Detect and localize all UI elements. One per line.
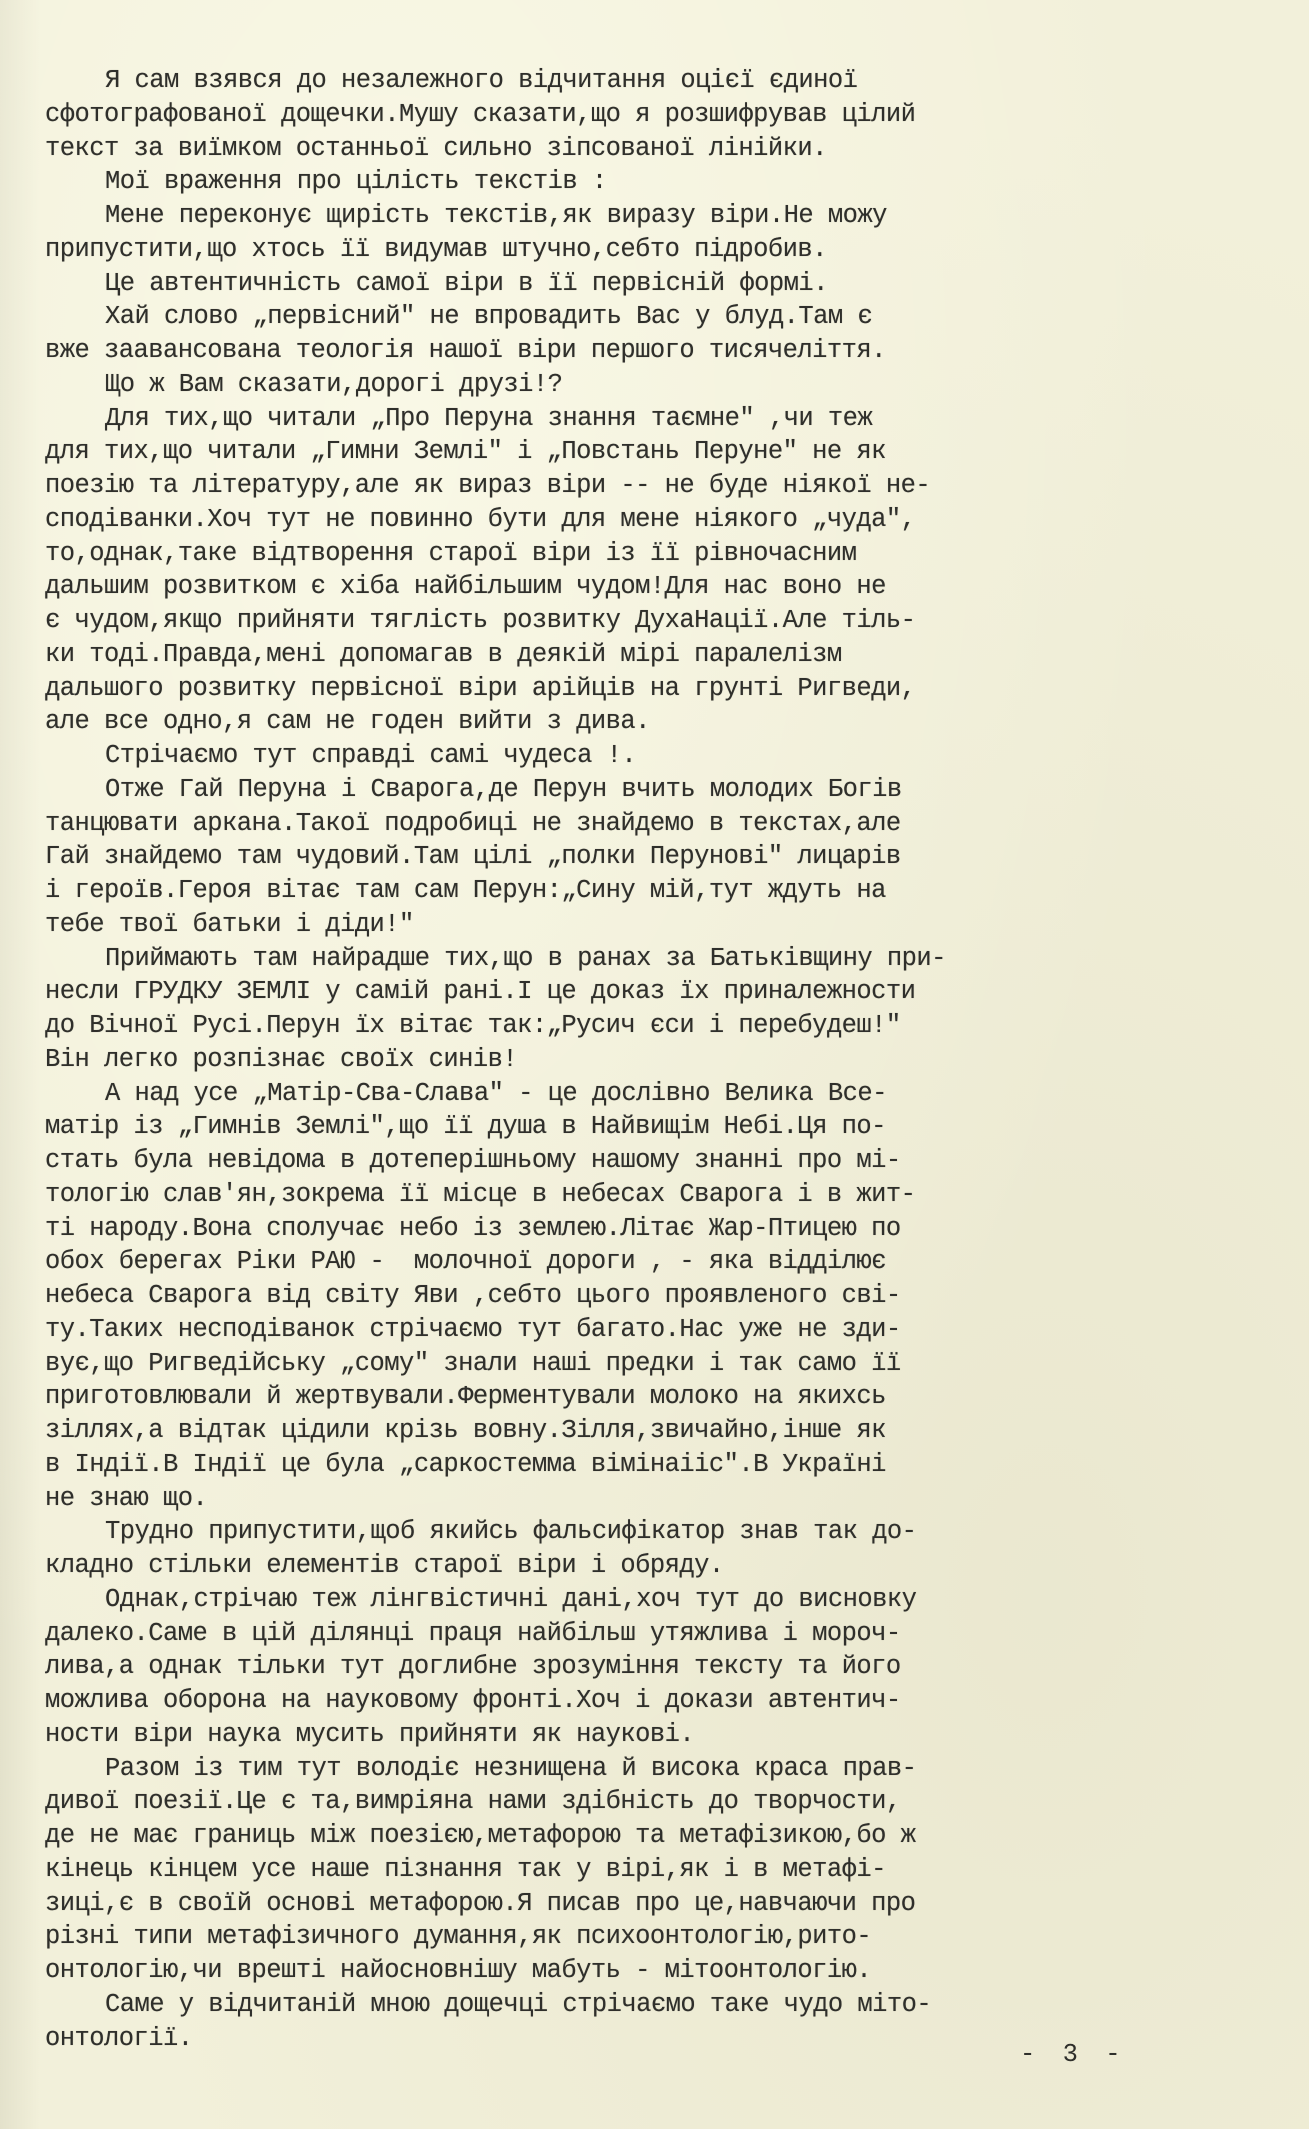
paragraph-first-line: Приймають там найрадше тих,що в ранах за… xyxy=(45,942,1275,976)
text-line: припустити,що хтось її видумав штучно,се… xyxy=(45,233,1275,267)
text-line: ті народу.Вона сполучає небо із землею.Л… xyxy=(45,1212,1275,1246)
text-line: але все одно,я сам не годен вийти з дива… xyxy=(45,705,1275,739)
text-line: зиці,є в своїй основі метафорою.Я писав … xyxy=(45,1887,1275,1921)
paragraph-first-line: Саме у відчитаній мною дощечці стрічаємо… xyxy=(45,1988,1275,2022)
paragraph-first-line: Що ж Вам сказати,дорогі друзі!? xyxy=(45,368,1275,402)
text-line: танцювати аркана.Такої подробиці не знай… xyxy=(45,807,1275,841)
text-line: дальшого розвитку первісної віри арійців… xyxy=(45,672,1275,706)
paragraph-first-line: Я сам взявся до незалежного відчитання о… xyxy=(45,64,1275,98)
text-line: де не має границь між поезією,метафорою … xyxy=(45,1819,1275,1853)
text-line: дальшим розвитком є хіба найбільшим чудо… xyxy=(45,570,1275,604)
text-line: то,однак,таке відтворення старої віри із… xyxy=(45,537,1275,571)
paragraph-first-line: Стрічаємо тут справді самі чудеса !. xyxy=(45,739,1275,773)
text-line: онтологію,чи врешті найосновнішу мабуть … xyxy=(45,1954,1275,1988)
text-line: небеса Сварога від світу Яви ,себто цьог… xyxy=(45,1279,1275,1313)
paragraph-first-line: Отже Гай Перуна і Сварога,де Перун вчить… xyxy=(45,773,1275,807)
text-line: вує,що Ригведійську „сому" знали наші пр… xyxy=(45,1347,1275,1381)
text-line: можлива оборона на науковому фронті.Хоч … xyxy=(45,1684,1275,1718)
text-line: далеко.Саме в цій ділянці праця найбільш… xyxy=(45,1617,1275,1651)
text-line: тебе твої батьки і діди!" xyxy=(45,908,1275,942)
text-line: текст за виїмком останньої сильно зіпсов… xyxy=(45,132,1275,166)
paragraph-first-line: Разом із тим тут володіє незнищена й вис… xyxy=(45,1752,1275,1786)
paragraph-first-line: Трудно припустити,щоб якийсь фальсифікат… xyxy=(45,1515,1275,1549)
text-line: і героїв.Героя вітає там сам Перун:„Сину… xyxy=(45,874,1275,908)
text-line: до Вічної Русі.Перун їх вітає так:„Русич… xyxy=(45,1009,1275,1043)
text-line: матір із „Гимнів Землі",що її душа в Най… xyxy=(45,1110,1275,1144)
text-line: кінець кінцем усе наше пізнання так у ві… xyxy=(45,1853,1275,1887)
text-line: Він легко розпізнає своїх синів! xyxy=(45,1043,1275,1077)
paragraph-first-line: Мене переконує щирість текстів,як виразу… xyxy=(45,199,1275,233)
text-line: приготовлювали й жертвували.Ферментували… xyxy=(45,1380,1275,1414)
text-line: ки тоді.Правда,мені допомагав в деякій м… xyxy=(45,638,1275,672)
text-line: вже заавансована теологія нашої віри пер… xyxy=(45,334,1275,368)
text-line: є чудом,якщо прийняти тяглість розвитку … xyxy=(45,604,1275,638)
text-line: Гай знайдемо там чудовий.Там цілі „полки… xyxy=(45,840,1275,874)
text-line: сподіванки.Хоч тут не повинно бути для м… xyxy=(45,503,1275,537)
paragraph-first-line: А над усе „Матір-Сва-Слава" - це дослівн… xyxy=(45,1077,1275,1111)
text-line: ности віри наука мусить прийняти як наук… xyxy=(45,1718,1275,1752)
typewritten-text-body: Я сам взявся до незалежного відчитання о… xyxy=(45,64,1275,2055)
paragraph-first-line: Хай слово „первісний" не впровадить Вас … xyxy=(45,300,1275,334)
text-line: зіллях,а відтак цідили крізь вовну.Зілля… xyxy=(45,1414,1275,1448)
paragraph-first-line: Однак,стрічаю теж лінгвістичні дані,хоч … xyxy=(45,1583,1275,1617)
text-line: для тих,що читали „Гимни Землі" і „Повст… xyxy=(45,435,1275,469)
text-line: в Індії.В Індії це була „саркостемма вім… xyxy=(45,1448,1275,1482)
paragraph-first-line: Мої враження про цілість текстів : xyxy=(45,165,1275,199)
text-line: тологію слав'ян,зокрема її місце в небес… xyxy=(45,1178,1275,1212)
text-line: дивої поезії.Це є та,вимріяна нами здібн… xyxy=(45,1785,1275,1819)
text-line: кладно стільки елементів старої віри і о… xyxy=(45,1549,1275,1583)
text-line: різні типи метафізичного думання,як псих… xyxy=(45,1920,1275,1954)
text-line: лива,а однак тільки тут доглибне зрозумі… xyxy=(45,1650,1275,1684)
paragraph-first-line: Для тих,що читали „Про Перуна знання тає… xyxy=(45,402,1275,436)
text-line: не знаю що. xyxy=(45,1482,1275,1516)
paragraph-first-line: Це автентичність самої віри в її первісн… xyxy=(45,267,1275,301)
text-line: ту.Таких несподіванок стрічаємо тут бага… xyxy=(45,1313,1275,1347)
text-line: поезію та літературу,але як вираз віри -… xyxy=(45,469,1275,503)
text-line: обох берегах Ріки РАЮ - молочної дороги … xyxy=(45,1245,1275,1279)
text-line: стать була невідома в дотеперішньому наш… xyxy=(45,1144,1275,1178)
text-line: несли ГРУДКУ ЗЕМЛІ у самій рані.І це док… xyxy=(45,975,1275,1009)
text-line: сфотографованої дощечки.Мушу сказати,що … xyxy=(45,98,1275,132)
page-number: - 3 - xyxy=(1020,2040,1127,2069)
